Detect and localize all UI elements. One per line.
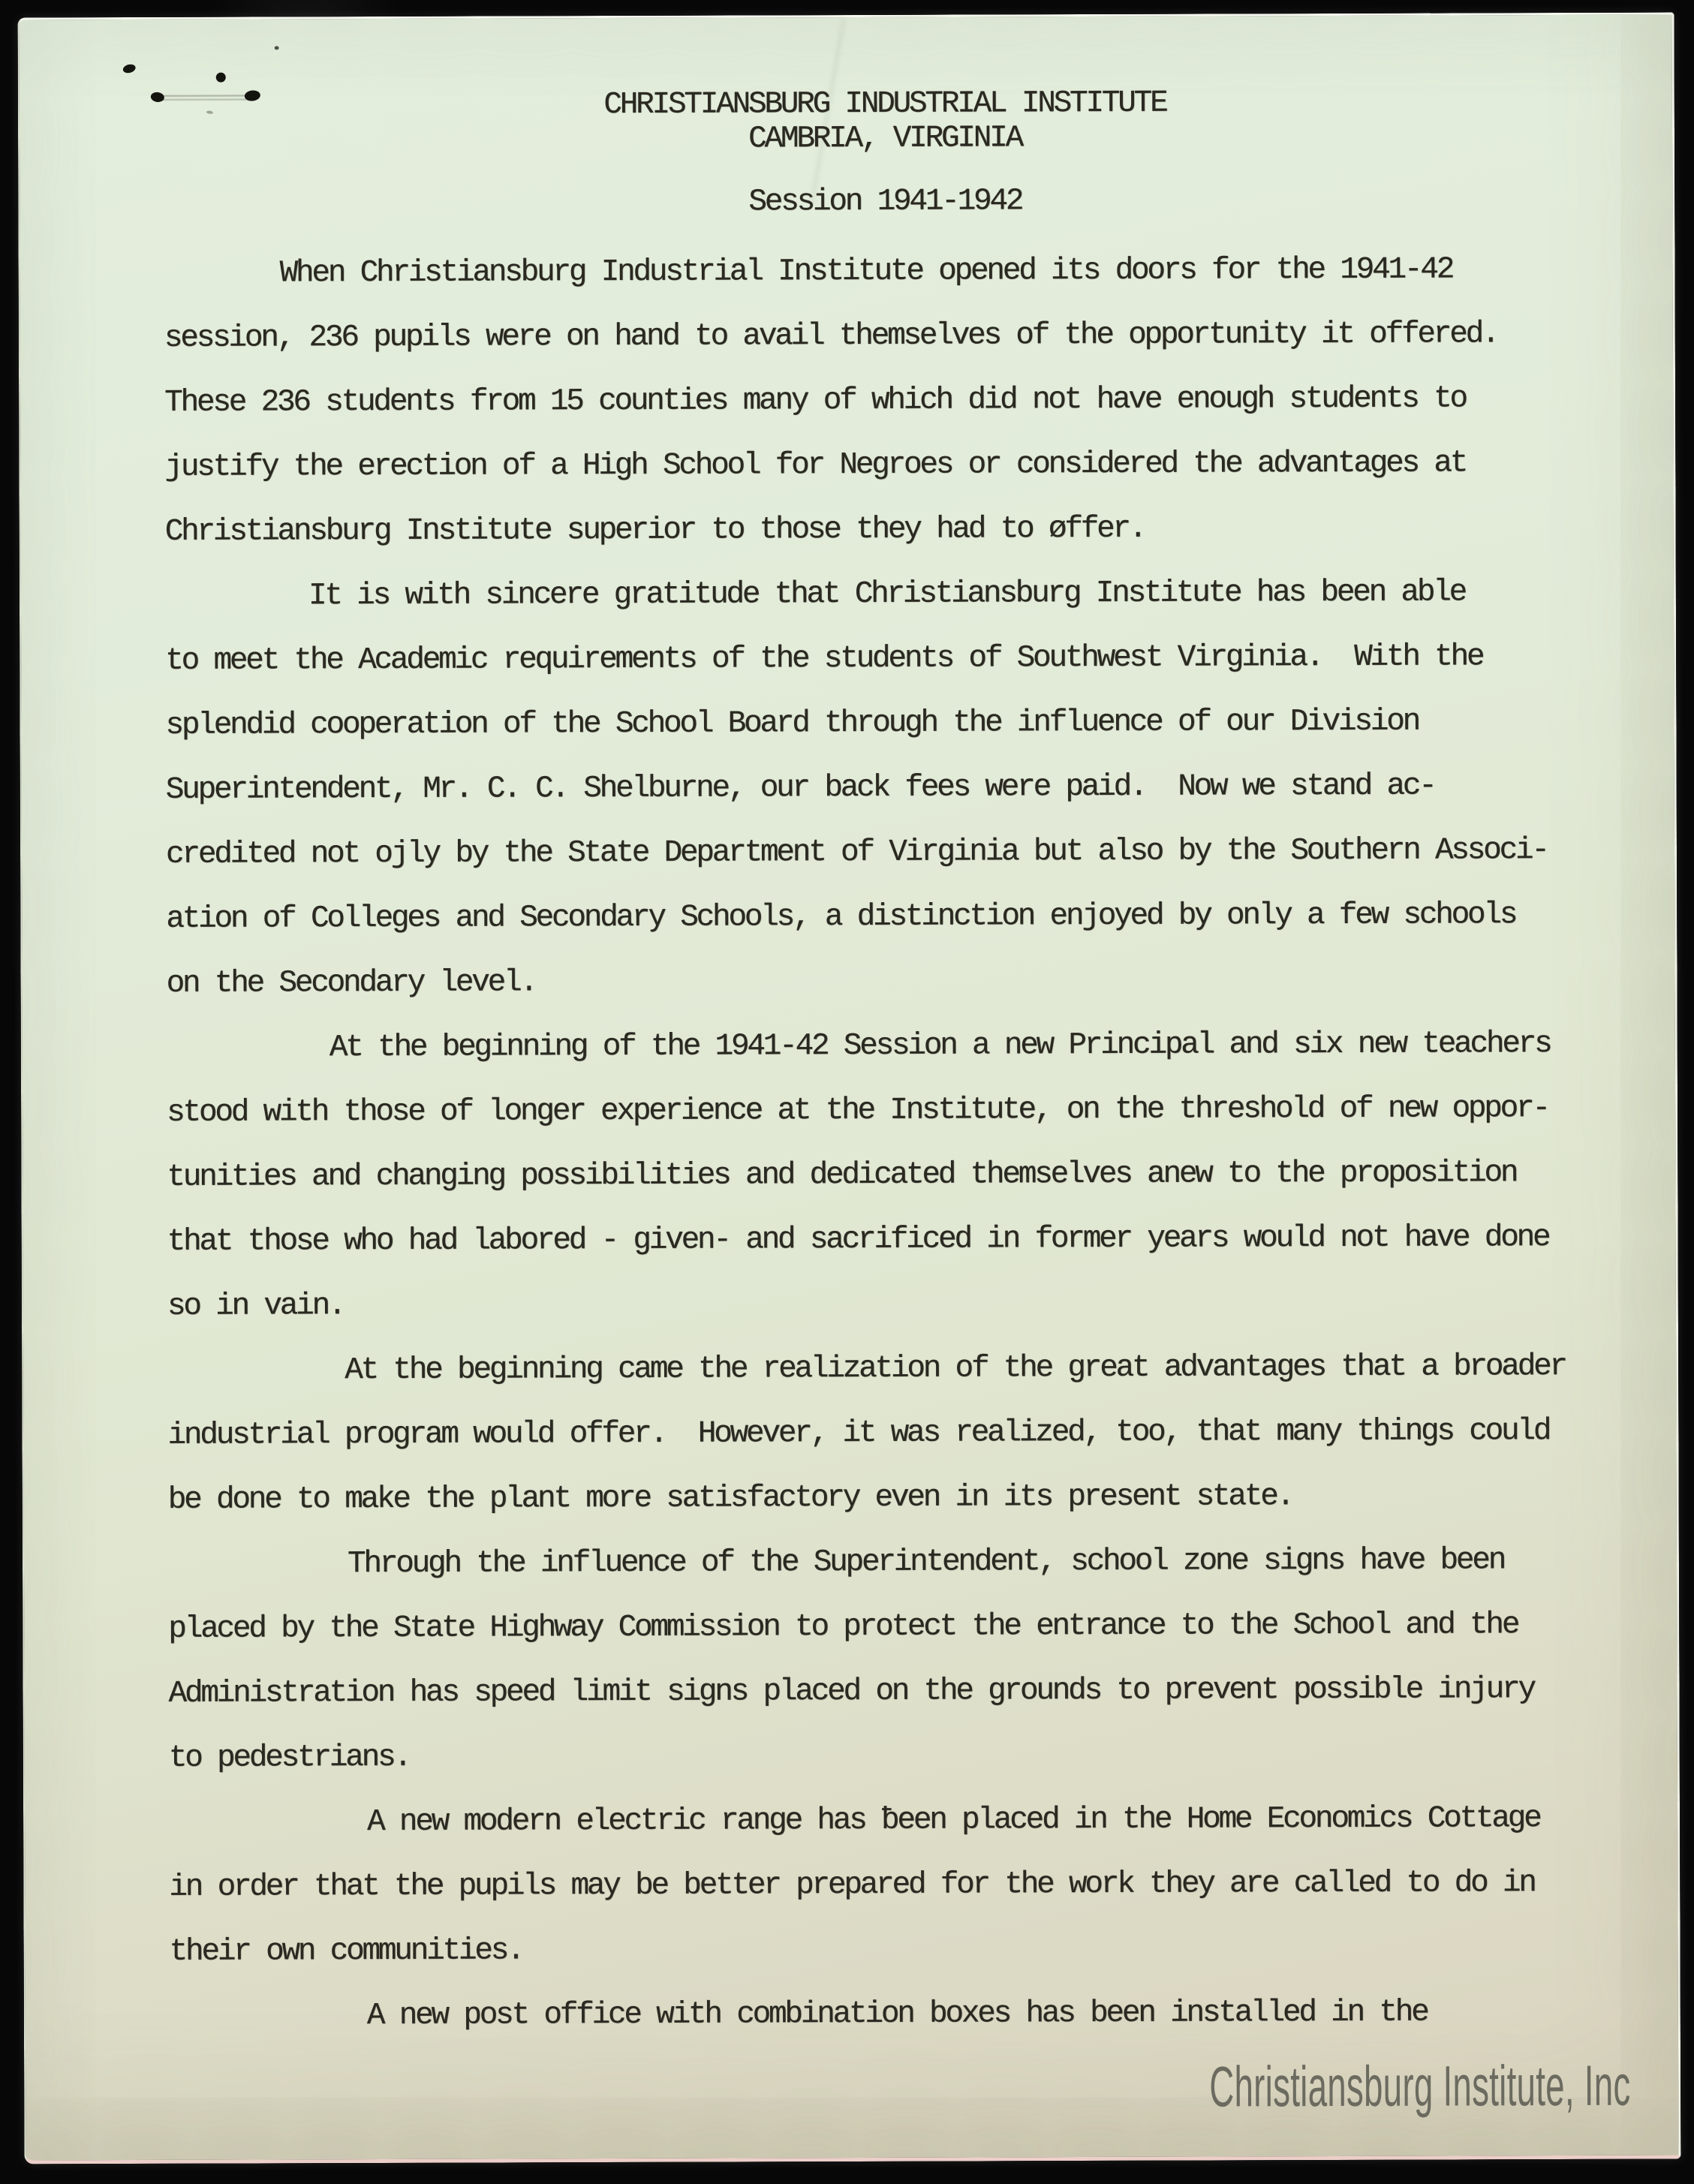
session-heading: Session 1941-1942 bbox=[59, 167, 1694, 236]
typed-line: industrial program would offer. However,… bbox=[167, 1399, 1661, 1468]
typed-line: so in vain. bbox=[167, 1270, 1661, 1339]
typed-line: on the Secondary level. bbox=[166, 947, 1659, 1016]
typed-line: splendid cooperation of the School Board… bbox=[165, 689, 1659, 758]
document-page: CHRISTIANSBURG INDUSTRIAL INSTITUTE CAMB… bbox=[18, 13, 1681, 2164]
typed-line: A new post office with combination boxes… bbox=[170, 1980, 1663, 2049]
typed-line: that those who had labored - given- and … bbox=[167, 1205, 1661, 1274]
typed-line: Through the influence of the Superintend… bbox=[168, 1528, 1662, 1597]
typed-line: placed by the State Highway Commission t… bbox=[168, 1593, 1662, 1662]
typed-line: It is with sincere gratitude that Christ… bbox=[165, 560, 1659, 629]
typed-line: stood with those of longer experience at… bbox=[167, 1076, 1660, 1145]
typed-line: tunities and changing possibilities and … bbox=[167, 1141, 1660, 1210]
typed-line: When Christiansburg Industrial Institute… bbox=[164, 237, 1657, 306]
typed-line: their own communities. bbox=[169, 1915, 1662, 1984]
ink-smudge bbox=[275, 46, 279, 50]
watermark-text: Christiansburg Institute, Inc bbox=[1209, 2053, 1630, 2120]
typed-line: At the beginning came the realization of… bbox=[167, 1334, 1661, 1403]
typed-line: credited not ojly by the State Departmen… bbox=[166, 818, 1659, 887]
typed-line: to pedestrians. bbox=[169, 1722, 1662, 1791]
typed-line: to meet the Academic requirements of the… bbox=[165, 624, 1659, 693]
typed-lines: When Christiansburg Industrial Institute… bbox=[164, 237, 1663, 2049]
ink-smudge bbox=[122, 63, 137, 74]
typed-line: Administration has speed limit signs pla… bbox=[168, 1657, 1662, 1726]
typed-line: Superintendent, Mr. C. C. Shelburne, our… bbox=[166, 754, 1659, 823]
typed-line: At the beginning of the 1941-42 Session … bbox=[167, 1012, 1660, 1081]
typed-line: be done to make the plant more satisfact… bbox=[168, 1464, 1662, 1533]
typed-line: justify the erection of a High School fo… bbox=[164, 431, 1658, 500]
typed-line: These 236 students from 15 counties many… bbox=[164, 366, 1658, 435]
typed-line: session, 236 pupils were on hand to avai… bbox=[164, 302, 1658, 371]
typed-line: in order that the pupils may be better p… bbox=[169, 1851, 1662, 1920]
typed-line: Christiansburg Institute superior to tho… bbox=[165, 495, 1659, 564]
typed-line: A new modern electric range has ƀeen pla… bbox=[169, 1786, 1662, 1855]
document-title-line2: CAMBRIA, VIRGINIA bbox=[59, 104, 1694, 173]
typed-line: ation of Colleges and Secondary Schools,… bbox=[166, 883, 1659, 952]
